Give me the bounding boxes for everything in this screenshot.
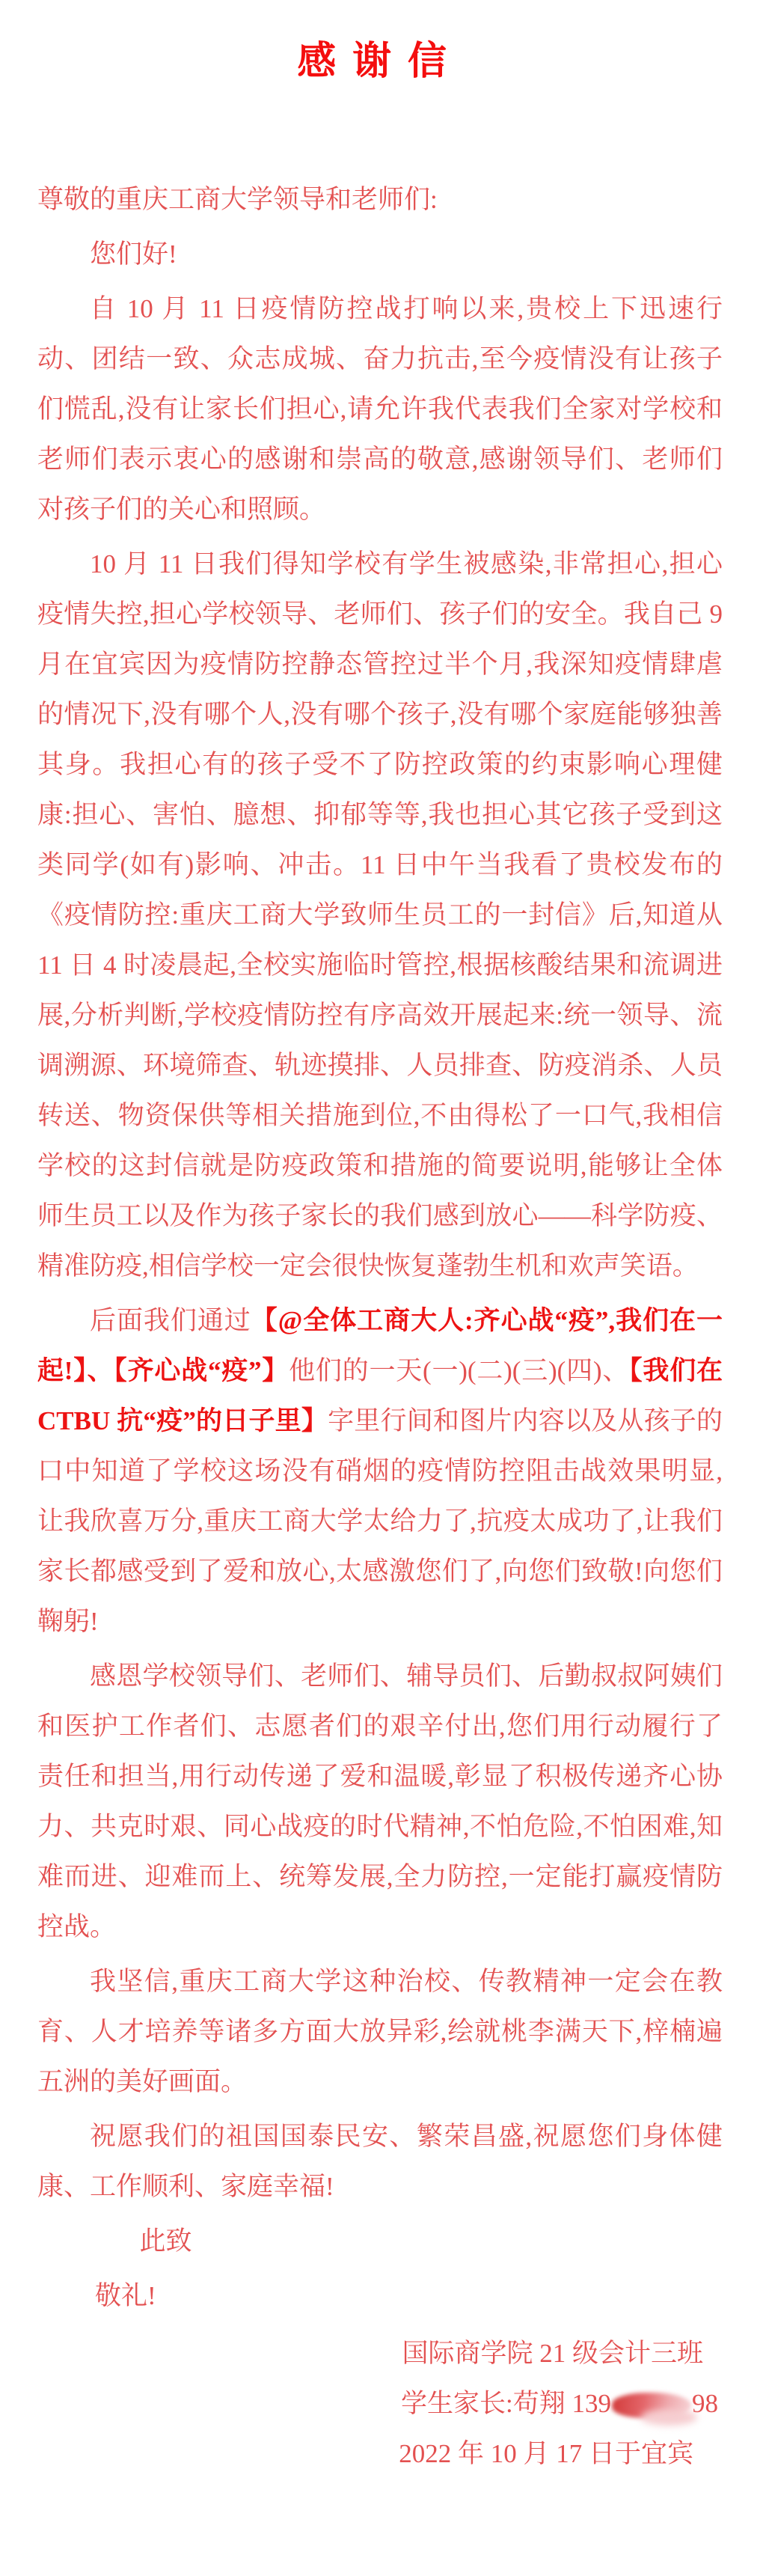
paragraph: 自 10 月 11 日疫情防控战打响以来,贵校上下迅速行动、团结一致、众志成城、… [37,284,723,534]
signature-phone-suffix: 98 [692,2389,718,2418]
signature-parent-prefix: 学生家长:苟翔 139 [401,2389,611,2418]
body-text: 他们的一天(一)(二)(三)(四)、 [289,1356,629,1385]
signature-block: 国际商学院 21 级会计三班 学生家长:苟翔 13998 2022 年 10 月… [37,2328,723,2479]
paragraph: 后面我们通过【@全体工商大人:齐心战“疫”,我们在一起!】、【齐心战“疫”】他们… [37,1295,723,1646]
body-text: 自 10 月 11 日疫情防控战打响以来,贵校上下迅速行动、团结一致、众志成城、… [37,294,723,524]
letter-body: 您们好!自 10 月 11 日疫情防控战打响以来,贵校上下迅速行动、团结一致、众… [37,229,723,2212]
body-text: 字里行间和图片内容以及从孩子的口中知道了学校这场没有硝烟的疫情防控阻击战效果明显… [37,1406,723,1636]
body-text: 10 月 11 日我们得知学校有学生被感染,非常担心,担心疫情失控,担心学校领导… [37,549,723,1281]
paragraph: 我坚信,重庆工商大学这种治校、传教精神一定会在教育、人才培养等诸多方面大放异彩,… [37,1956,723,2107]
paragraph: 祝愿我们的祖国国泰民安、繁荣昌盛,祝愿您们身体健康、工作顺利、家庭幸福! [37,2111,723,2212]
body-text: 祝愿我们的祖国国泰民安、繁荣昌盛,祝愿您们身体健康、工作顺利、家庭幸福! [37,2122,723,2201]
salutation: 尊敬的重庆工商大学领导和老师们: [37,174,723,225]
paragraph: 10 月 11 日我们得知学校有学生被感染,非常担心,担心疫情失控,担心学校领导… [37,539,723,1291]
body-text: 后面我们通过 [90,1306,251,1335]
paragraph: 您们好! [37,229,723,279]
phone-redaction-smudge [612,2393,691,2418]
body-text: 您们好! [90,239,177,269]
signature-class-line: 国际商学院 21 级会计三班 [37,2328,703,2378]
closing-cizhi: 此致 [37,2216,723,2266]
paragraph: 感恩学校领导们、老师们、辅导员们、后勤叔叔阿姨们和医护工作者们、志愿者们的艰辛付… [37,1651,723,1952]
letter-page: 感谢信 尊敬的重庆工商大学领导和老师们: 您们好!自 10 月 11 日疫情防控… [0,0,766,2576]
letter-title: 感谢信 [37,41,723,83]
signature-date-line: 2022 年 10 月 17 日于宜宾 [37,2429,693,2479]
body-text: 感恩学校领导们、老师们、辅导员们、后勤叔叔阿姨们和医护工作者们、志愿者们的艰辛付… [37,1661,723,1941]
closing-jingli: 敬礼! [37,2271,723,2321]
signature-parent-line: 学生家长:苟翔 13998 [37,2378,718,2429]
body-text: 我坚信,重庆工商大学这种治校、传教精神一定会在教育、人才培养等诸多方面大放异彩,… [37,1967,723,2096]
